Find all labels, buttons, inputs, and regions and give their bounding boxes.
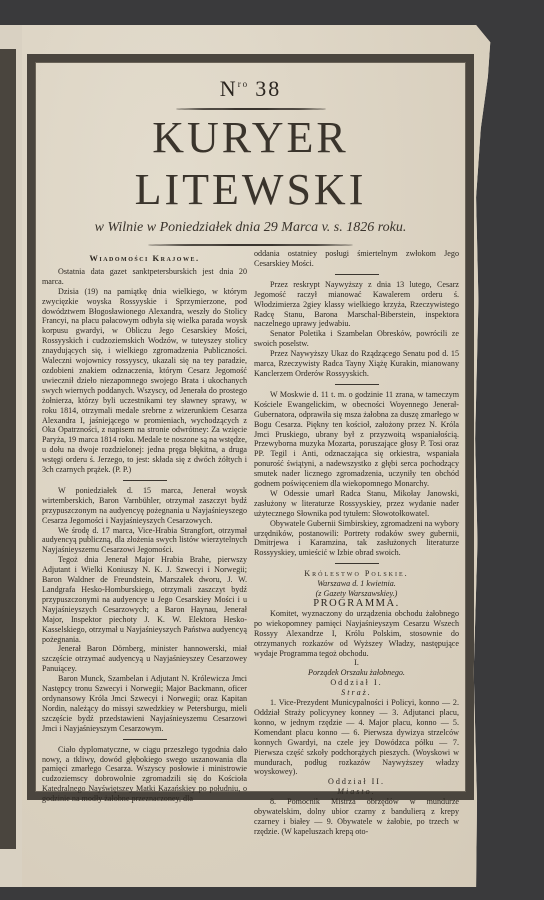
article-paragraph: Baron Munck, Szambelan i Adjutant N. Kró… [42, 674, 247, 733]
article-paragraph: W Moskwie d. 11 t. m. o godzinie 11 zran… [254, 390, 459, 489]
dateline: w Wilnie w Poniedziałek dnia 29 Marca v.… [42, 220, 459, 236]
article-paragraph: 1. Vice-Prezydent Municypalności i Polic… [254, 698, 459, 777]
section-heading: Wiadomości Krajowe. [42, 254, 247, 264]
article-paragraph: W Odessie umarł Radca Stanu, Mikołay Jan… [254, 489, 459, 519]
separator [123, 480, 167, 481]
left-column: Wiadomości Krajowe. Ostatnia data gazet … [42, 249, 247, 837]
division-name: Straż. [254, 688, 459, 698]
article-paragraph: Obywatele Gubernii Simbirskiey, zgromadz… [254, 519, 459, 559]
article-paragraph: Tegoż dnia Jenerał Major Hrabia Brahe, p… [42, 555, 247, 644]
article-paragraph: Jenerał Baron Dörnberg, minister hannowe… [42, 644, 247, 674]
divider-rule [176, 108, 326, 110]
separator [335, 563, 379, 564]
article-paragraph: Dzisia (19) na pamiątkę dnia wielkiego, … [42, 287, 247, 475]
programme-title: PROGRAMMA. [254, 599, 459, 609]
article-paragraph: Komitet, wyznaczony do urządzenia obchod… [254, 609, 459, 659]
article-paragraph: Senator Poletika i Szambelan Obresków, p… [254, 329, 459, 349]
place-dateline: Warszawa d. 1 kwietnia. [254, 579, 459, 589]
article-columns: Wiadomości Krajowe. Ostatnia data gazet … [42, 249, 459, 837]
article-paragraph: Przez reskrypt Naywyższy z dnia 13 luteg… [254, 280, 459, 330]
adjacent-page-frame [0, 49, 16, 849]
article-paragraph: oddania ostatniey posługi śmiertelnym zw… [254, 249, 459, 269]
issue-number: Nro38 [42, 76, 459, 102]
divider-rule [148, 244, 353, 246]
article-paragraph: Przez Naywyższy Ukaz do Rządzącego Senat… [254, 349, 459, 379]
right-column: oddania ostatniey posługi śmiertelnym zw… [254, 249, 459, 837]
article-paragraph: W poniedziałek d. 15 marca, Jenerał woys… [42, 486, 247, 526]
article-paragraph: We środę d. 17 marca, Vice-Hrabia Strang… [42, 526, 247, 556]
separator [335, 274, 379, 275]
newspaper-page: Nro38 KURYER LITEWSKI w Wilnie w Poniedz… [22, 25, 495, 887]
separator [123, 739, 167, 740]
article-paragraph: Ciało dyplomatyczne, w ciągu przeszłego … [42, 745, 247, 804]
subsection-title: Porządek Orszaku żałobnego. [254, 668, 459, 678]
separator [335, 384, 379, 385]
newspaper-title: KURYER LITEWSKI [42, 112, 459, 216]
article-paragraph: 8. Pomocnik Mistrza obrzędów w mundurze … [254, 797, 459, 837]
masthead: Nro38 KURYER LITEWSKI w Wilnie w Poniedz… [42, 76, 459, 246]
article-paragraph: Ostatnia data gazet sanktpetersburskich … [42, 267, 247, 287]
page-border-frame: Nro38 KURYER LITEWSKI w Wilnie w Poniedz… [27, 54, 474, 800]
roman-numeral: I. [254, 658, 459, 668]
division-heading: Oddział I. [254, 678, 459, 688]
adjacent-page-edge [0, 25, 23, 887]
division-heading: Oddział II. [254, 777, 459, 787]
division-name: Miasto. [254, 787, 459, 797]
section-heading: Królestwo Polskie. [254, 569, 459, 579]
